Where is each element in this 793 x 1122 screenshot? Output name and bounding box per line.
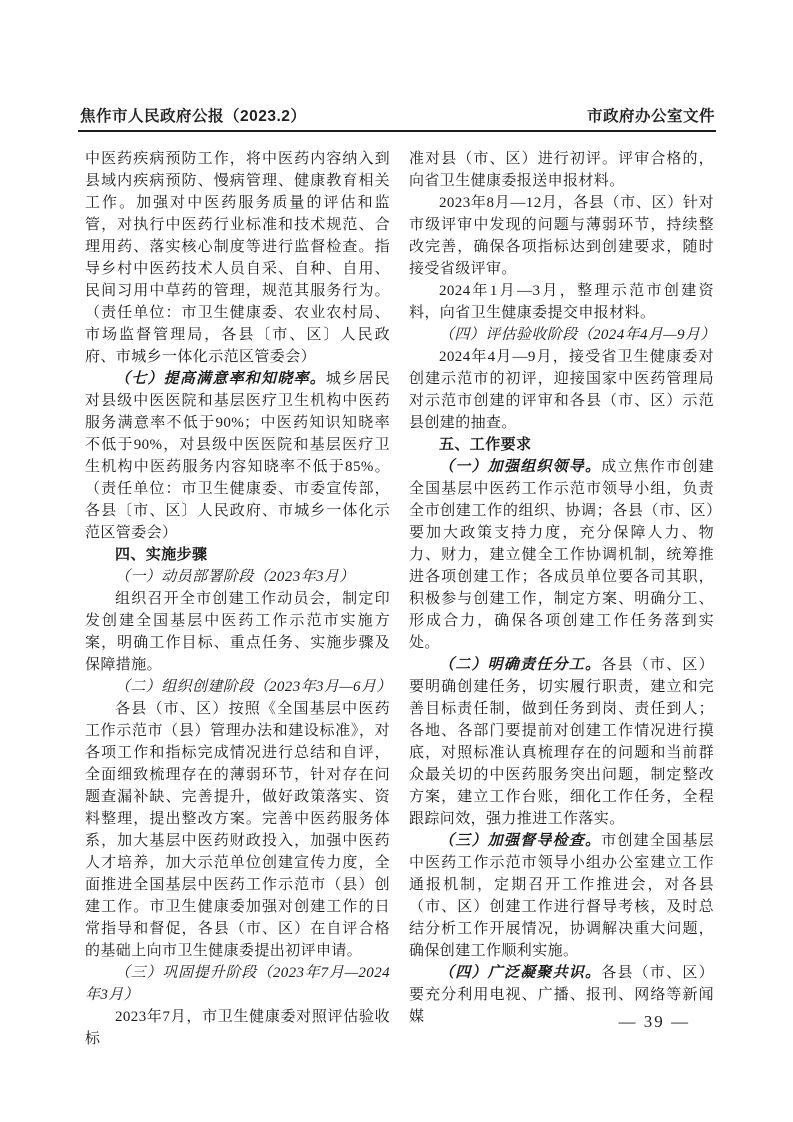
phase-heading-2: （二）组织创建阶段（2023年3月—6月） — [85, 676, 390, 698]
document-body: 中医药疾病预防工作，将中医药内容纳入到县域内疾病预防、慢病管理、健康教育相关工作… — [85, 148, 714, 1050]
paragraph-item-7: （七）提高满意率和知晓率。城乡居民对县级中医医院和基层医疗卫生机构中医药服务满意… — [85, 368, 390, 544]
item-body: 市创建全国基层中医药工作示范市领导小组办公室建立工作通报机制，定期召开工作推进会… — [409, 833, 714, 959]
page-header: 焦作市人民政府公报（2023.2） 市政府办公室文件 — [80, 104, 715, 126]
paragraph-continuation: 中医药疾病预防工作，将中医药内容纳入到县域内疾病预防、慢病管理、健康教育相关工作… — [85, 148, 390, 368]
paragraph: 各县（市、区）按照《全国基层中医药工作示范市（县）管理办法和建设标准》，对各项工… — [85, 698, 390, 962]
paragraph-req-2: （二）明确责任分工。各县（市、区）要明确创建任务，切实履行职责，建立和完善目标责… — [409, 654, 714, 830]
paragraph-continuation: 准对县（市、区）进行初评。评审合格的，向省卫生健康委报送申报材料。 — [409, 148, 714, 192]
item-lead: （一）加强组织领导。 — [439, 459, 601, 475]
item-lead: （三）加强督导检查。 — [439, 833, 601, 849]
paragraph: 2024年1月—3月，整理示范市创建资料，向省卫生健康委提交申报材料。 — [409, 280, 714, 324]
item-lead: （二）明确责任分工。 — [439, 657, 601, 673]
item-lead: （四）广泛凝聚共识。 — [439, 965, 601, 981]
phase-heading-4: （四）评估验收阶段（2024年4月—9月） — [409, 324, 714, 346]
header-section-label: 市政府办公室文件 — [587, 104, 715, 126]
paragraph: 组织召开全市创建工作动员会，制定印发创建全国基层中医药工作示范市实施方案，明确工… — [85, 588, 390, 676]
phase-heading-3: （三）巩固提升阶段（2023年7月—2024年3月） — [85, 962, 390, 1006]
paragraph: 2024年4月—9月，接受省卫生健康委对创建示范市的初评，迎接国家中医药管理局对… — [409, 346, 714, 434]
paragraph-req-3: （三）加强督导检查。市创建全国基层中医药工作示范市领导小组办公室建立工作通报机制… — [409, 830, 714, 962]
item-lead: （七）提高满意率和知晓率。 — [115, 371, 326, 387]
header-gazette-title: 焦作市人民政府公报（2023.2） — [80, 104, 306, 126]
phase-heading-1: （一）动员部署阶段（2023年3月） — [85, 566, 390, 588]
section-heading-5: 五、工作要求 — [409, 434, 714, 456]
page-number: — 39 — — [619, 1012, 691, 1032]
left-column: 中医药疾病预防工作，将中医药内容纳入到县域内疾病预防、慢病管理、健康教育相关工作… — [85, 148, 390, 1050]
header-divider — [78, 130, 716, 132]
paragraph-req-1: （一）加强组织领导。成立焦作市创建全国基层中医药工作示范市领导小组，负责全市创建… — [409, 456, 714, 654]
item-body: 成立焦作市创建全国基层中医药工作示范市领导小组，负责全市创建工作的组织、协调；各… — [409, 459, 714, 651]
item-body: 各县（市、区）要明确创建任务，切实履行职责，建立和完善目标责任制，做到任务到岗、… — [409, 657, 714, 827]
section-heading-4: 四、实施步骤 — [85, 544, 390, 566]
paragraph: 2023年7月，市卫生健康委对照评估验收标 — [85, 1006, 390, 1050]
paragraph: 2023年8月—12月，各县（市、区）针对市级评审中发现的问题与薄弱环节，持续整… — [409, 192, 714, 280]
gazette-page: 焦作市人民政府公报（2023.2） 市政府办公室文件 中医药疾病预防工作，将中医… — [0, 0, 793, 1122]
right-column: 准对县（市、区）进行初评。评审合格的，向省卫生健康委报送申报材料。 2023年8… — [409, 148, 714, 1050]
item-body: 城乡居民对县级中医医院和基层医疗卫生机构中医药服务满意率不低于90%；中医药知识… — [85, 371, 390, 541]
